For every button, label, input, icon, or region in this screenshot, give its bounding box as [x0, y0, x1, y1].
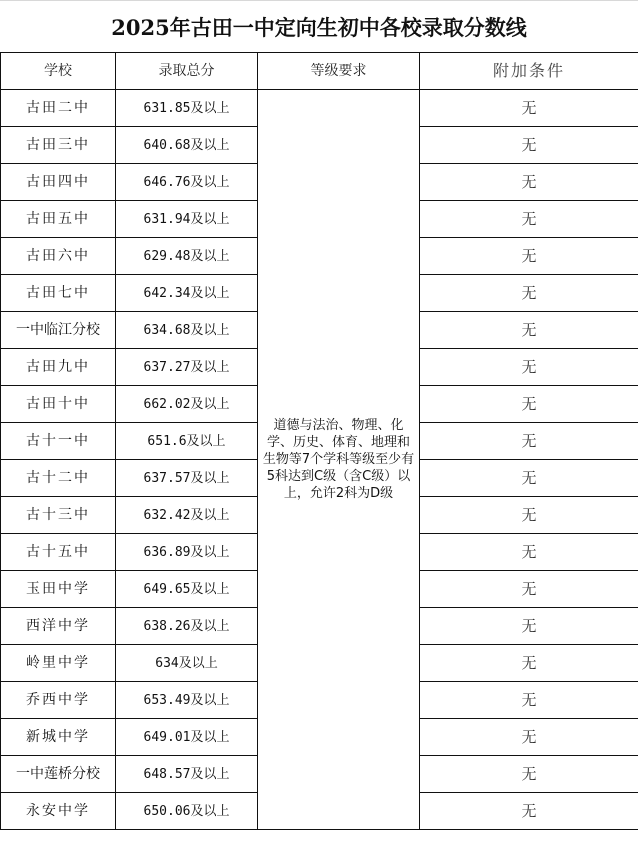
header-score: 录取总分 — [116, 53, 258, 90]
score-cell: 631.94及以上 — [116, 201, 258, 238]
condition-cell: 无 — [420, 460, 638, 497]
school-cell: 岭里中学 — [1, 645, 116, 682]
school-cell: 西洋中学 — [1, 608, 116, 645]
school-cell: 玉田中学 — [1, 571, 116, 608]
school-cell: 古田六中 — [1, 238, 116, 275]
condition-cell: 无 — [420, 164, 638, 201]
score-cell: 637.57及以上 — [116, 460, 258, 497]
condition-cell: 无 — [420, 608, 638, 645]
condition-cell: 无 — [420, 349, 638, 386]
school-cell: 乔西中学 — [1, 682, 116, 719]
school-cell: 古田五中 — [1, 201, 116, 238]
condition-cell: 无 — [420, 238, 638, 275]
table-header-row: 学校 录取总分 等级要求 附加条件 — [1, 53, 638, 90]
admission-score-sheet: 2025年古田一中定向生初中各校录取分数线 学校 录取总分 等级要求 附加条件 … — [0, 0, 638, 851]
condition-cell: 无 — [420, 312, 638, 349]
admission-score-table: 学校 录取总分 等级要求 附加条件 古田二中 631.85及以上 道德与法治、物… — [0, 52, 638, 830]
score-cell: 653.49及以上 — [116, 682, 258, 719]
score-cell: 651.6及以上 — [116, 423, 258, 460]
condition-cell: 无 — [420, 534, 638, 571]
condition-cell: 无 — [420, 201, 638, 238]
table-row: 古田二中 631.85及以上 道德与法治、物理、化学、历史、体育、地理和生物等7… — [1, 90, 638, 127]
score-cell: 634.68及以上 — [116, 312, 258, 349]
score-cell: 648.57及以上 — [116, 756, 258, 793]
school-cell: 新城中学 — [1, 719, 116, 756]
page-title: 2025年古田一中定向生初中各校录取分数线 — [0, 0, 638, 53]
school-cell: 古田三中 — [1, 127, 116, 164]
school-cell: 古十三中 — [1, 497, 116, 534]
school-cell: 古十五中 — [1, 534, 116, 571]
school-cell: 古田九中 — [1, 349, 116, 386]
score-cell: 650.06及以上 — [116, 793, 258, 830]
header-extra-condition: 附加条件 — [420, 53, 638, 90]
condition-cell: 无 — [420, 571, 638, 608]
condition-cell: 无 — [420, 386, 638, 423]
grade-requirement-cell: 道德与法治、物理、化学、历史、体育、地理和生物等7个学科等级至少有5科达到C级（… — [258, 90, 420, 830]
score-cell: 638.26及以上 — [116, 608, 258, 645]
school-cell: 古十一中 — [1, 423, 116, 460]
school-cell: 永安中学 — [1, 793, 116, 830]
score-cell: 662.02及以上 — [116, 386, 258, 423]
condition-cell: 无 — [420, 793, 638, 830]
school-cell: 古田二中 — [1, 90, 116, 127]
score-cell: 640.68及以上 — [116, 127, 258, 164]
score-cell: 649.65及以上 — [116, 571, 258, 608]
score-cell: 632.42及以上 — [116, 497, 258, 534]
score-cell: 636.89及以上 — [116, 534, 258, 571]
condition-cell: 无 — [420, 127, 638, 164]
condition-cell: 无 — [420, 756, 638, 793]
score-cell: 634及以上 — [116, 645, 258, 682]
score-cell: 631.85及以上 — [116, 90, 258, 127]
condition-cell: 无 — [420, 275, 638, 312]
score-cell: 642.34及以上 — [116, 275, 258, 312]
condition-cell: 无 — [420, 90, 638, 127]
condition-cell: 无 — [420, 682, 638, 719]
school-cell: 一中临江分校 — [1, 312, 116, 349]
score-cell: 649.01及以上 — [116, 719, 258, 756]
score-cell: 637.27及以上 — [116, 349, 258, 386]
school-cell: 一中莲桥分校 — [1, 756, 116, 793]
condition-cell: 无 — [420, 423, 638, 460]
condition-cell: 无 — [420, 719, 638, 756]
score-cell: 629.48及以上 — [116, 238, 258, 275]
school-cell: 古十二中 — [1, 460, 116, 497]
score-cell: 646.76及以上 — [116, 164, 258, 201]
school-cell: 古田十中 — [1, 386, 116, 423]
header-grade-requirement: 等级要求 — [258, 53, 420, 90]
condition-cell: 无 — [420, 645, 638, 682]
school-cell: 古田七中 — [1, 275, 116, 312]
school-cell: 古田四中 — [1, 164, 116, 201]
condition-cell: 无 — [420, 497, 638, 534]
header-school: 学校 — [1, 53, 116, 90]
